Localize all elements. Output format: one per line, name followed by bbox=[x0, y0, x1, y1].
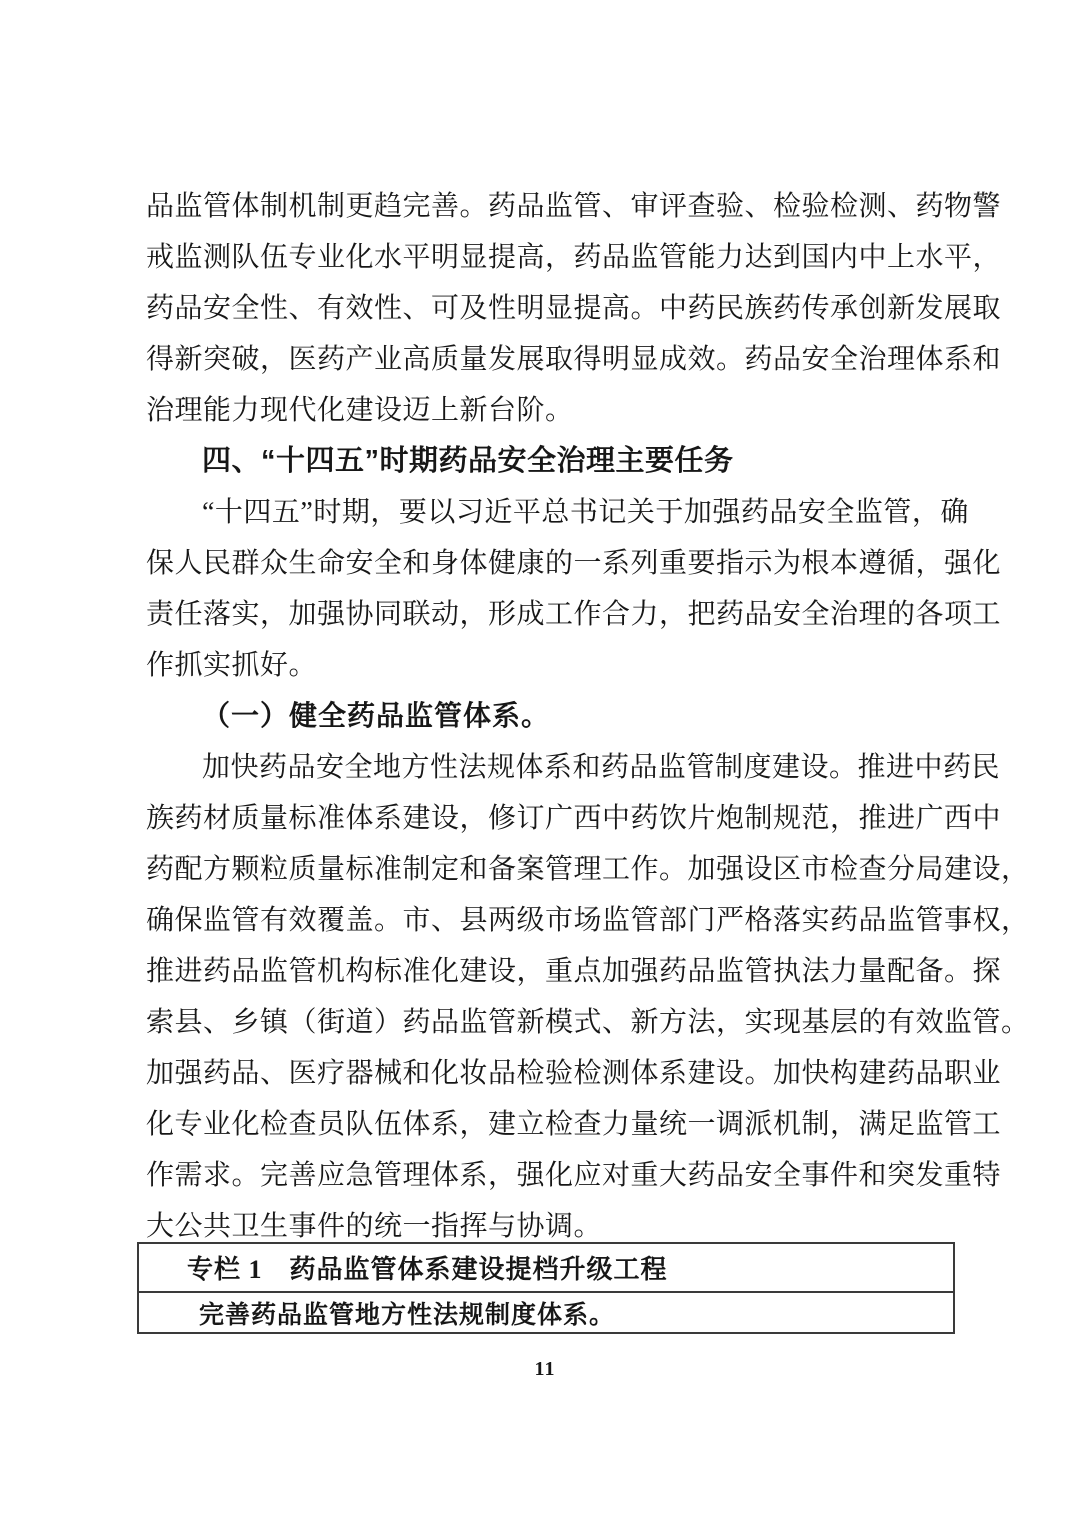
paragraph-line: 加强药品、医疗器械和化妆品检验检测体系建设。加快构建药品职业 bbox=[146, 1048, 962, 1099]
special-column-item: 完善药品监管地方性法规制度体系。 bbox=[139, 1293, 953, 1332]
text-column: 品监管体制机制更趋完善。药品监管、审评查验、检验检测、药物警 戒监测队伍专业化水… bbox=[146, 181, 962, 1252]
section-heading: 四、“十四五”时期药品安全治理主要任务 bbox=[146, 436, 962, 487]
special-column-title: 专栏 1 药品监管体系建设提档升级工程 bbox=[139, 1244, 953, 1293]
paragraph-line: 责任落实，加强协同联动，形成工作合力，把药品安全治理的各项工 bbox=[146, 589, 962, 640]
paragraph-line: 族药材质量标准体系建设，修订广西中药饮片炮制规范，推进广西中 bbox=[146, 793, 962, 844]
paragraph-line: 药品安全性、有效性、可及性明显提高。中药民族药传承创新发展取 bbox=[146, 283, 962, 334]
document-page: 品监管体制机制更趋完善。药品监管、审评查验、检验检测、药物警 戒监测队伍专业化水… bbox=[0, 0, 1074, 1519]
paragraph-line: 戒监测队伍专业化水平明显提高，药品监管能力达到国内中上水平， bbox=[146, 232, 962, 283]
paragraph-line: “十四五”时期，要以习近平总书记关于加强药品安全监管，确 bbox=[146, 487, 962, 538]
paragraph-line: 加快药品安全地方性法规体系和药品监管制度建设。推进中药民 bbox=[146, 742, 962, 793]
paragraph-line: 药配方颗粒质量标准制定和备案管理工作。加强设区市检查分局建设， bbox=[146, 844, 962, 895]
special-column-box: 专栏 1 药品监管体系建设提档升级工程 完善药品监管地方性法规制度体系。 bbox=[137, 1242, 955, 1334]
paragraph-line: 确保监管有效覆盖。市、县两级市场监管部门严格落实药品监管事权， bbox=[146, 895, 962, 946]
paragraph-line: 推进药品监管机构标准化建设，重点加强药品监管执法力量配备。探 bbox=[146, 946, 962, 997]
subsection-heading: （一）健全药品监管体系。 bbox=[146, 691, 962, 742]
paragraph-line: 索县、乡镇（街道）药品监管新模式、新方法，实现基层的有效监管。 bbox=[146, 997, 962, 1048]
page-number: 11 bbox=[0, 1358, 1074, 1381]
paragraph-line: 品监管体制机制更趋完善。药品监管、审评查验、检验检测、药物警 bbox=[146, 181, 962, 232]
paragraph-line: 治理能力现代化建设迈上新台阶。 bbox=[146, 385, 962, 436]
paragraph-line: 化专业化检查员队伍体系，建立检查力量统一调派机制，满足监管工 bbox=[146, 1099, 962, 1150]
paragraph-line: 得新突破，医药产业高质量发展取得明显成效。药品安全治理体系和 bbox=[146, 334, 962, 385]
paragraph-line: 保人民群众生命安全和身体健康的一系列重要指示为根本遵循，强化 bbox=[146, 538, 962, 589]
paragraph-line: 作抓实抓好。 bbox=[146, 640, 962, 691]
paragraph-line: 作需求。完善应急管理体系，强化应对重大药品安全事件和突发重特 bbox=[146, 1150, 962, 1201]
